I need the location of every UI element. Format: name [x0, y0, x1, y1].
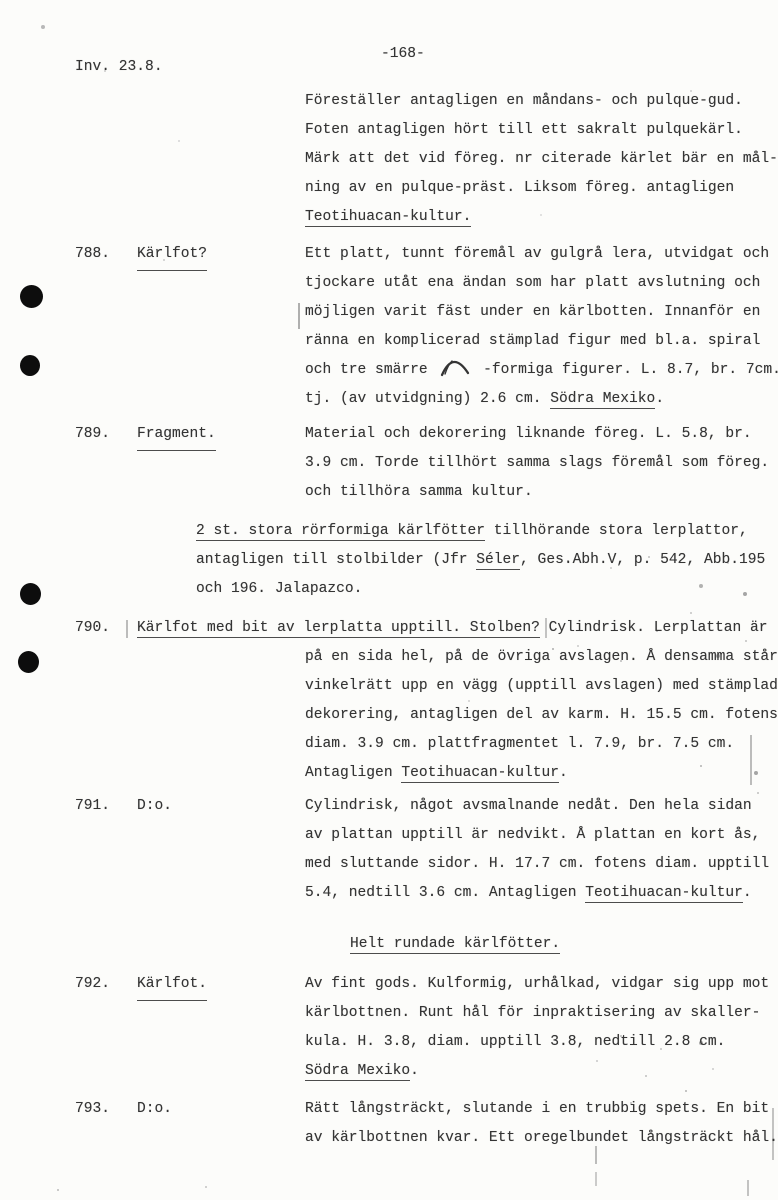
text-segment: Föreställer antagligen en måndans- och p… [305, 93, 743, 109]
underlined-text: Séler [476, 552, 520, 570]
text-segment: tj. (av utvidgning) 2.6 cm. [305, 391, 550, 407]
underlined-text: Södra Mexiko [305, 1063, 410, 1081]
text-line: tj. (av utvidgning) 2.6 cm. Södra Mexiko… [305, 385, 664, 414]
underlined-text: Kärlfot med bit av lerplatta upptill. St… [137, 620, 540, 638]
text-line: och 196. Jalapazco. [196, 575, 362, 604]
text-line: Av fint gods. Kulformig, urhålkad, vidga… [305, 970, 769, 999]
text-segment: -formiga figurer. L. 8.7, br. 7cm. [474, 362, 778, 378]
text-segment: . [655, 391, 664, 407]
text-line: diam. 3.9 cm. plattfragmentet l. 7.9, br… [305, 730, 734, 759]
text-segment: och 196. Jalapazco. [196, 581, 362, 597]
text-line: och tillhöra samma kultur. [305, 478, 533, 507]
text-line: och tre smärre -formiga figurer. L. 8.7,… [305, 356, 778, 385]
text-segment: Foten antagligen hört till ett sakralt p… [305, 122, 743, 138]
text-line: 3.9 cm. Torde tillhört samma slags förem… [305, 449, 769, 478]
text-segment: tjockare utåt ena ändan som har platt av… [305, 275, 760, 291]
text-segment: Material och dekorering liknande föreg. … [305, 426, 752, 442]
entry-label: Kärlfot? [137, 240, 207, 271]
entry-label: D:o. [137, 1095, 172, 1124]
entry-number: 789. [75, 420, 110, 449]
text-line: ning av en pulque-präst. Liksom föreg. a… [305, 174, 734, 203]
text-line: dekorering, antagligen del av karm. H. 1… [305, 701, 778, 730]
text-line: på en sida hel, på de övriga avslagen. Å… [305, 643, 778, 672]
underlined-text: Teotihuacan-kultur [401, 765, 559, 783]
text-line: Foten antagligen hört till ett sakralt p… [305, 116, 743, 145]
text-line: Södra Mexiko. [305, 1057, 419, 1086]
text-segment: diam. 3.9 cm. plattfragmentet l. 7.9, br… [305, 736, 734, 752]
text-segment: med sluttande sidor. H. 17.7 cm. fotens … [305, 856, 769, 872]
text-line: 5.4, nedtill 3.6 cm. Antagligen Teotihua… [305, 879, 752, 908]
entry-label: D:o. [137, 792, 172, 821]
text-line: Material och dekorering liknande föreg. … [305, 420, 752, 449]
entry-number: 792. [75, 970, 110, 999]
underlined-text: Teotihuacan-kultur [585, 885, 743, 903]
text-segment: och tre smärre [305, 362, 436, 378]
text-segment: Antagligen [305, 765, 401, 781]
text-segment: 5.4, nedtill 3.6 cm. Antagligen [305, 885, 585, 901]
text-segment: dekorering, antagligen del av karm. H. 1… [305, 707, 778, 723]
underlined-text: 2 st. stora rörformiga kärlfötter [196, 523, 485, 541]
text-line: Helt rundade kärlfötter. [350, 930, 560, 959]
text-line: Teotihuacan-kultur. [305, 203, 471, 232]
text-line: Märk att det vid föreg. nr citerade kärl… [305, 145, 778, 174]
text-line: Ett platt, tunnt föremål av gulgrå lera,… [305, 240, 769, 269]
page-number: -168- [381, 40, 425, 69]
entry-number: 791. [75, 792, 110, 821]
underlined-text: Teotihuacan-kultur. [305, 209, 471, 227]
punch-hole-dot [20, 583, 41, 605]
entry-number: 793. [75, 1095, 110, 1124]
text-segment: vinkelrätt upp en vägg (upptill avslagen… [305, 678, 778, 694]
text-line: 2 st. stora rörformiga kärlfötter tillhö… [196, 517, 748, 546]
inventory-label: Inv. 23.8. [75, 53, 163, 82]
text-line: tjockare utåt ena ändan som har platt av… [305, 269, 760, 298]
text-segment: Av fint gods. Kulformig, urhålkad, vidga… [305, 976, 769, 992]
entry-number: 790. [75, 614, 110, 643]
text-segment: Cylindrisk. Lerplattan är [540, 620, 768, 636]
text-segment: Cylindrisk, något avsmalnande nedåt. Den… [305, 798, 752, 814]
text-line: möjligen varit fäst under en kärlbotten.… [305, 298, 760, 327]
text-segment: . [410, 1063, 419, 1079]
text-line: Rätt långsträckt, slutande i en trubbig … [305, 1095, 769, 1124]
text-segment: av kärlbottnen kvar. Ett oregelbundet lå… [305, 1130, 778, 1146]
text-segment: Ett platt, tunnt föremål av gulgrå lera,… [305, 246, 769, 262]
text-segment: på en sida hel, på de övriga avslagen. Å… [305, 649, 778, 665]
scan-streak [747, 1180, 749, 1196]
text-segment: Märk att det vid föreg. nr citerade kärl… [305, 151, 778, 167]
text-line: av plattan upptill är nedvikt. Å plattan… [305, 821, 760, 850]
scan-streak [595, 1172, 597, 1186]
text-line: Antagligen Teotihuacan-kultur. [305, 759, 568, 788]
entry-label: Fragment. [137, 420, 216, 451]
text-line: kula. H. 3.8, diam. upptill 3.8, nedtill… [305, 1028, 725, 1057]
underlined-text: Södra Mexiko [550, 391, 655, 409]
text-line: vinkelrätt upp en vägg (upptill avslagen… [305, 672, 778, 701]
text-segment: kula. H. 3.8, diam. upptill 3.8, nedtill… [305, 1034, 725, 1050]
scan-streak [298, 303, 300, 329]
scan-streak [126, 620, 128, 638]
text-segment: möjligen varit fäst under en kärlbotten.… [305, 304, 760, 320]
text-segment: ning av en pulque-präst. Liksom föreg. a… [305, 180, 734, 196]
text-segment: kärlbottnen. Runt hål för inpraktisering… [305, 1005, 760, 1021]
underlined-text: Helt rundade kärlfötter. [350, 936, 560, 954]
text-segment: av plattan upptill är nedvikt. Å plattan… [305, 827, 760, 843]
punch-hole-dot [20, 355, 40, 376]
text-line: kärlbottnen. Runt hål för inpraktisering… [305, 999, 760, 1028]
entry-number: 788. [75, 240, 110, 269]
scan-streak [750, 735, 752, 785]
text-line: ränna en komplicerad stämplad figur med … [305, 327, 760, 356]
text-line: antagligen till stolbilder (Jfr Séler, G… [196, 546, 765, 575]
text-segment: , Ges.Abh.V, p. 542, Abb.195 [520, 552, 765, 568]
text-segment: ränna en komplicerad stämplad figur med … [305, 333, 760, 349]
text-line: av kärlbottnen kvar. Ett oregelbundet lå… [305, 1124, 778, 1153]
scanned-catalog-page: -168- Inv. 23.8. Föreställer antagligen … [0, 0, 778, 1200]
text-segment: 3.9 cm. Torde tillhört samma slags förem… [305, 455, 769, 471]
text-segment: och tillhöra samma kultur. [305, 484, 533, 500]
punch-hole-dot [18, 651, 39, 673]
text-segment: Rätt långsträckt, slutande i en trubbig … [305, 1101, 769, 1117]
text-line: Cylindrisk, något avsmalnande nedåt. Den… [305, 792, 752, 821]
punch-hole-dot [20, 285, 43, 308]
arch-figure-icon [439, 357, 471, 377]
scan-noise [0, 0, 2, 2]
text-segment: antagligen till stolbilder (Jfr [196, 552, 476, 568]
text-segment: tillhörande stora lerplattor, [485, 523, 748, 539]
text-segment: . [743, 885, 752, 901]
text-line: Föreställer antagligen en måndans- och p… [305, 87, 743, 116]
text-segment: . [559, 765, 568, 781]
text-line: Kärlfot med bit av lerplatta upptill. St… [137, 614, 768, 643]
text-line: med sluttande sidor. H. 17.7 cm. fotens … [305, 850, 769, 879]
entry-label: Kärlfot. [137, 970, 207, 1001]
